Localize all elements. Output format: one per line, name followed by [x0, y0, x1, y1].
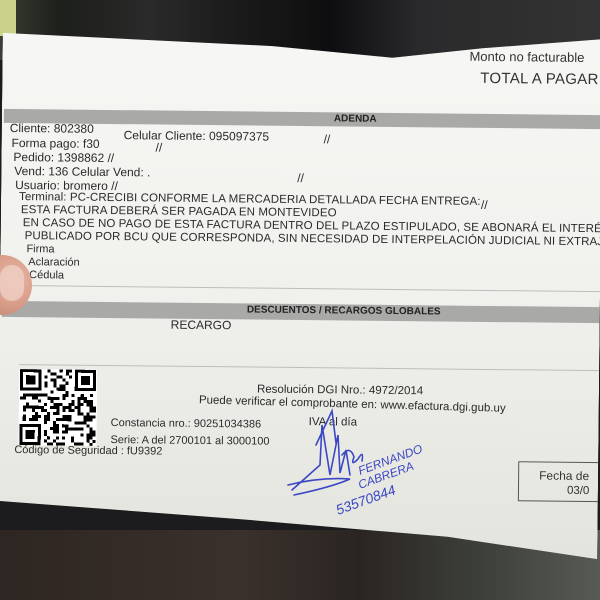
fecha-box: Fecha de 03/0 — [518, 461, 600, 502]
monto-no-facturable-label: Monto no facturable — [469, 49, 584, 65]
firma-label: Firma — [26, 243, 54, 255]
pedido-field: Pedido: 1398862 // — [13, 150, 114, 165]
fecha-label: Fecha de — [539, 469, 589, 484]
cedula-label: Cédula — [29, 269, 64, 281]
fecha-value: 03/0 — [567, 485, 590, 497]
cliente-field: Cliente: 802380 — [10, 121, 94, 136]
forma-pago-field: Forma pago: f30 — [12, 136, 100, 151]
separator: // — [155, 140, 162, 154]
separator: // — [297, 171, 304, 185]
separator: // — [481, 198, 488, 212]
total-a-pagar-label: TOTAL A PAGAR — [480, 70, 599, 88]
adenda-title: ADENDA — [334, 113, 377, 124]
divider — [19, 364, 600, 371]
aclaracion-label: Aclaración — [28, 256, 79, 269]
separator: // — [324, 132, 331, 146]
divider — [30, 285, 600, 292]
thumbnail — [0, 265, 24, 301]
qr-code-icon — [18, 369, 97, 446]
descuentos-band: DESCUENTOS / RECARGOS GLOBALES — [2, 301, 600, 323]
vend-field: Vend: 136 Celular Vend: . — [14, 164, 150, 179]
celular-cliente-field: Celular Cliente: 095097375 — [124, 128, 270, 144]
constancia-nro: Constancia nro.: 90251034386 — [111, 417, 262, 431]
codigo-seguridad: Código de Seguridad : fU9392 — [14, 444, 162, 458]
recargo-label: RECARGO — [171, 318, 232, 333]
descuentos-title: DESCUENTOS / RECARGOS GLOBALES — [247, 304, 441, 317]
background-highlight — [0, 0, 16, 36]
